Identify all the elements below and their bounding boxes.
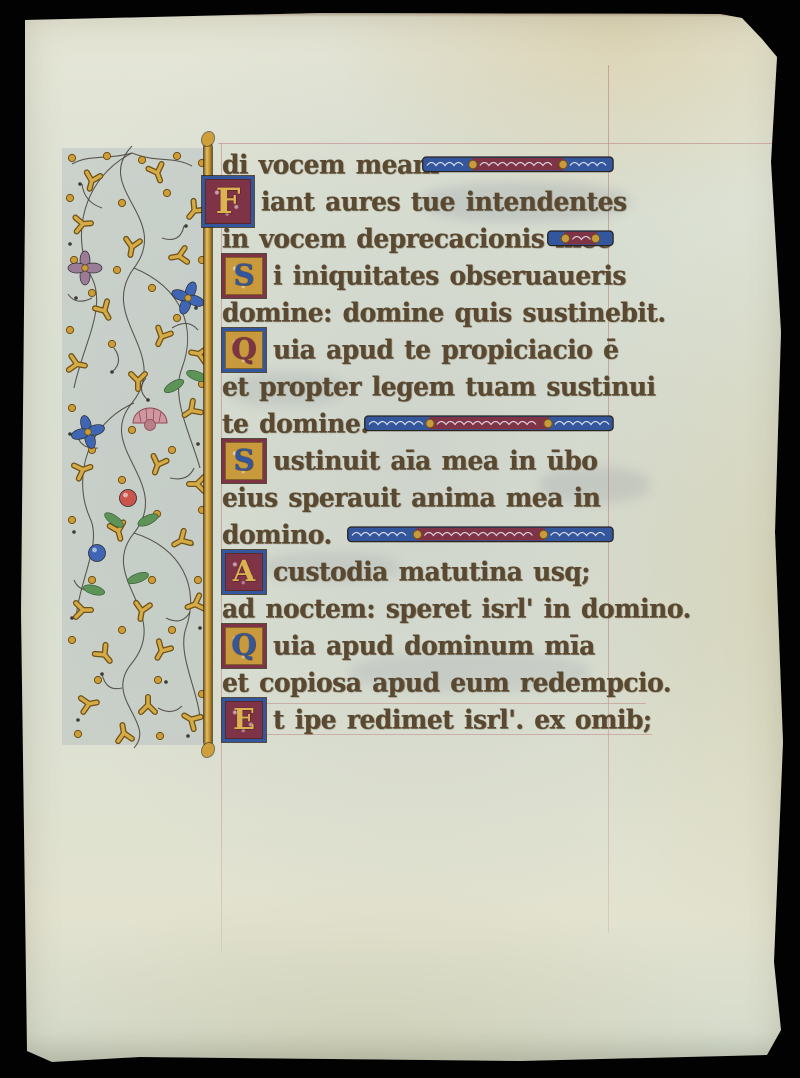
vellum-leaf: di vocem meam Fiant aures tue intendente…: [20, 12, 786, 1063]
gothic-text: iant aures tue intendentes: [261, 188, 627, 215]
green-leaf: [136, 511, 160, 528]
text-line: Quia apud te propiciacio ē: [222, 331, 660, 368]
gothic-text: et copiosa apud eum redempcio.: [222, 669, 671, 696]
illuminated-initial: S: [222, 254, 266, 298]
manuscript-text-block: di vocem meam Fiant aures tue intendente…: [222, 146, 660, 738]
red-berry: [120, 490, 137, 507]
text-line: et propter legem tuam sustinui: [222, 368, 660, 405]
gothic-text: domino.: [222, 521, 332, 548]
gothic-text: uia apud dominum mīa: [273, 632, 595, 659]
illuminated-initial: E: [222, 698, 266, 742]
text-line: et copiosa apud eum redempcio.: [222, 664, 660, 701]
text-line: Fiant aures tue intendentes: [222, 183, 660, 220]
photo-frame: di vocem meam Fiant aures tue intendente…: [0, 0, 800, 1078]
green-leaf: [162, 377, 186, 396]
green-leaf: [126, 570, 150, 586]
text-line: in vocem deprecacionis mee: [222, 220, 660, 257]
text-line: domine: domine quis sustinebit.: [222, 294, 660, 331]
illuminated-initial: Q: [222, 624, 266, 668]
text-line: Si iniquitates obseruaueris: [222, 257, 660, 294]
illuminated-initial: Q: [222, 328, 266, 372]
blue-flower: [67, 411, 109, 453]
text-line: di vocem meam: [222, 146, 660, 183]
text-line: Acustodia matutina usq;: [222, 553, 660, 590]
text-line: Sustinuit aīa mea in ūbo: [222, 442, 660, 479]
gothic-text: ustinuit aīa mea in ūbo: [273, 447, 597, 474]
line-filler: [422, 156, 614, 173]
initial-letter: Q: [231, 335, 256, 364]
gothic-text: et propter legem tuam sustinui: [222, 373, 656, 400]
initial-letter: S: [234, 446, 255, 475]
gothic-text: di vocem meam: [222, 151, 439, 178]
text-line: Quia apud dominum mīa: [222, 627, 660, 664]
gothic-text: eius sperauit anima mea in: [222, 484, 600, 511]
gothic-text: uia apud te propiciacio ē: [273, 336, 619, 363]
ruling-line-top: [218, 143, 778, 144]
gothic-text: te domine.: [222, 410, 369, 437]
text-line: ad noctem: speret isrl' in domino.: [222, 590, 660, 627]
illuminated-initial: A: [222, 550, 266, 594]
green-leaf: [82, 583, 106, 597]
gothic-text: ad noctem: speret isrl' in domino.: [222, 595, 691, 622]
text-line: eius sperauit anima mea in: [222, 479, 660, 516]
leaf-top-edge: [20, 12, 786, 17]
line-filler: [364, 415, 614, 432]
gothic-text: custodia matutina usq;: [273, 558, 590, 585]
text-line: Et ipe redimet isrl'. ex omib;: [222, 701, 660, 738]
floral-border: [62, 148, 205, 745]
initial-letter: S: [234, 261, 255, 290]
initial-letter: F: [216, 184, 241, 219]
line-filler: [347, 526, 614, 543]
pink-flower: [133, 408, 167, 431]
floral-border-art: [62, 148, 205, 745]
gothic-text: t ipe redimet isrl'. ex omib;: [273, 706, 652, 733]
gothic-text: domine: domine quis sustinebit.: [222, 299, 666, 326]
illuminated-initial: S: [222, 439, 266, 483]
gold-bar-divider: [204, 144, 212, 745]
initial-letter: A: [233, 557, 256, 586]
text-line: domino.: [222, 516, 660, 553]
initial-letter: Q: [231, 631, 256, 660]
text-line: te domine.: [222, 405, 660, 442]
blue-berry: [89, 545, 106, 562]
gothic-text: i iniquitates obseruaueris: [273, 262, 626, 289]
line-filler: [547, 230, 614, 247]
initial-letter: E: [233, 705, 255, 734]
